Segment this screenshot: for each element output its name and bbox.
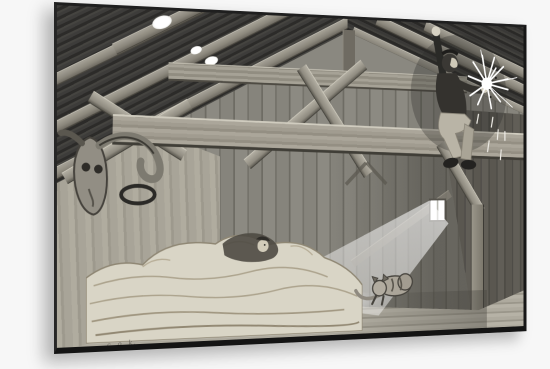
artist-signature: c. o. k. <box>107 338 137 349</box>
man-on-beam <box>403 22 527 183</box>
window <box>429 199 446 222</box>
cat <box>354 254 423 307</box>
haystack <box>86 214 362 344</box>
engraving-scene: c. o. k. <box>57 5 527 354</box>
artwork-photo: c. o. k. <box>0 0 550 369</box>
boot <box>442 156 459 169</box>
engraving-print: c. o. k. <box>54 2 527 354</box>
ox-skull-icon <box>57 117 172 225</box>
iron-ring-icon <box>116 183 159 207</box>
boot <box>461 160 476 170</box>
